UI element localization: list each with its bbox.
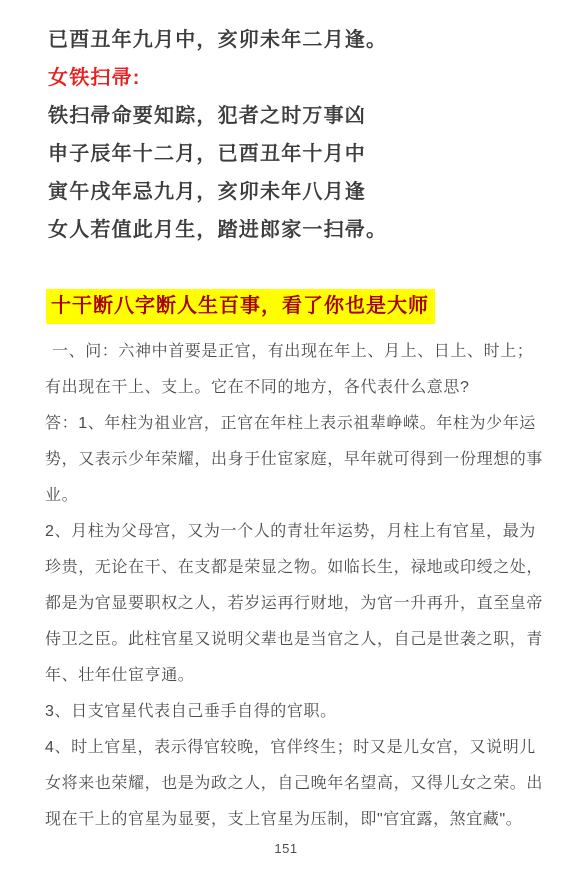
verse-line: 已酉丑年九月中，亥卯未年二月逢。 (48, 21, 552, 59)
body-line: 一、问：六神中首要是正官，有出现在年上、月上、日上、时上； (45, 334, 552, 370)
document-page: 已酉丑年九月中，亥卯未年二月逢。 女铁扫帚: 铁扫帚命要知踪，犯者之时万事凶 申… (0, 0, 572, 880)
body-line: 有出现在干上、支上。它在不同的地方，各代表什么意思? (45, 370, 552, 406)
body-line: 2、月柱为父母宫，又为一个人的青壮年运势，月柱上有官星，最为 (45, 514, 552, 550)
qa-body-section: 一、问：六神中首要是正官，有出现在年上、月上、日上、时上； 有出现在干上、支上。… (45, 334, 552, 838)
verse-line: 寅午戌年忌九月，亥卯未年八月逢 (48, 173, 552, 211)
body-line: 珍贵，无论在干、在支都是荣显之物。如临长生，禄地或印绶之处， (45, 550, 552, 586)
verse-line: 申子辰年十二月，已酉丑年十月中 (48, 135, 552, 173)
body-line: 都是为官显要职权之人，若岁运再行财地，为官一升再升，直至皇帝 (45, 586, 552, 622)
body-line: 年、壮年仕宦亨通。 (45, 658, 552, 694)
body-line: 4、时上官星，表示得官较晚，官伴终生；时又是儿女宫，又说明儿 (45, 730, 552, 766)
verse-line: 女人若值此月生，踏进郎家一扫帚。 (48, 211, 552, 249)
red-subheading: 女铁扫帚: (48, 59, 552, 97)
body-line: 侍卫之臣。此柱官星又说明父辈也是当官之人，自己是世袭之职，青 (45, 622, 552, 658)
verse-section: 已酉丑年九月中，亥卯未年二月逢。 女铁扫帚: 铁扫帚命要知踪，犯者之时万事凶 申… (48, 21, 552, 249)
body-line: 答：1、年柱为祖业宫，正官在年柱上表示祖辈峥嵘。年柱为少年运 (45, 406, 552, 442)
body-line: 势，又表示少年荣耀，出身于仕宦家庭，早年就可得到一份理想的事 (45, 442, 552, 478)
body-line: 现在干上的官星为显要，支上官星为压制，即"官宜露，煞宜藏"。 (45, 802, 552, 838)
section-title-highlighted: 十干断八字断人生百事，看了你也是大师 (46, 289, 435, 324)
body-line: 3、日支官星代表自己垂手自得的官职。 (45, 694, 552, 730)
section-title-wrap: 十干断八字断人生百事，看了你也是大师 (46, 289, 435, 324)
page-number: 151 (0, 841, 572, 856)
body-line: 业。 (45, 478, 552, 514)
verse-line: 铁扫帚命要知踪，犯者之时万事凶 (48, 97, 552, 135)
body-line: 女将来也荣耀，也是为政之人，自己晚年名望高，又得儿女之荣。出 (45, 766, 552, 802)
